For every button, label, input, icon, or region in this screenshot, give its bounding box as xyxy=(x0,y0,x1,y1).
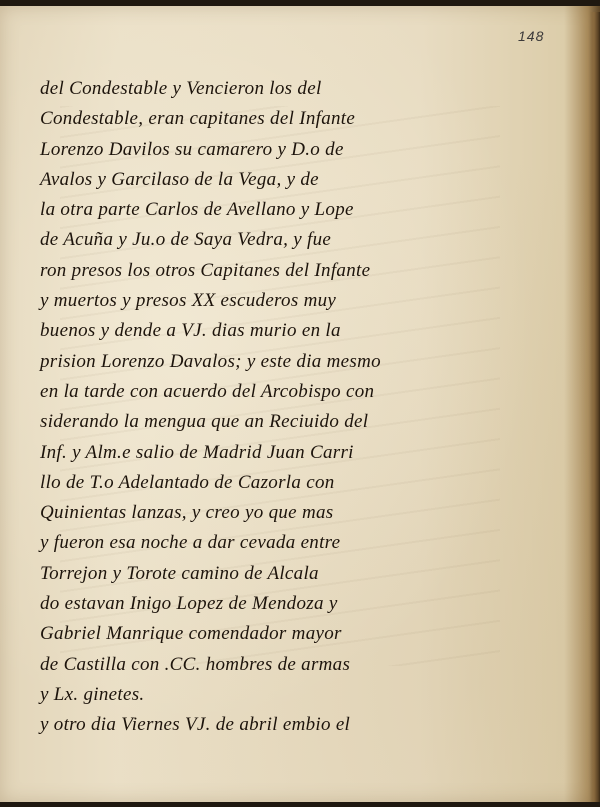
text-line: prision Lorenzo Davalos; y este dia mesm… xyxy=(40,347,520,377)
text-line: y fueron esa noche a dar cevada entre xyxy=(40,528,520,558)
text-line: Gabriel Manrique comendador mayor xyxy=(40,619,520,649)
manuscript-page: 148 del Condestable y Vencieron los del … xyxy=(0,6,600,802)
text-line: Lorenzo Davilos su camarero y D.o de xyxy=(40,135,520,165)
text-line: llo de T.o Adelantado de Cazorla con xyxy=(40,468,520,498)
text-line: buenos y dende a VJ. dias murio en la xyxy=(40,316,520,346)
text-line: y otro dia Viernes VJ. de abril embio el xyxy=(40,710,520,740)
text-line: Quinientas lanzas, y creo yo que mas xyxy=(40,498,520,528)
text-line: de Acuña y Ju.o de Saya Vedra, y fue xyxy=(40,225,520,255)
text-line: siderando la mengua que an Reciuido del xyxy=(40,407,520,437)
text-line: Torrejon y Torote camino de Alcala xyxy=(40,559,520,589)
text-line: Inf. y Alm.e salio de Madrid Juan Carri xyxy=(40,438,520,468)
scan-bottom-edge xyxy=(0,802,600,807)
text-line: Avalos y Garcilaso de la Vega, y de xyxy=(40,165,520,195)
text-line: del Condestable y Vencieron los del xyxy=(40,74,520,104)
handwritten-text-block: del Condestable y Vencieron los del Cond… xyxy=(40,74,520,741)
text-line: la otra parte Carlos de Avellano y Lope xyxy=(40,195,520,225)
text-line: ron presos los otros Capitanes del Infan… xyxy=(40,256,520,286)
page-binding-edge xyxy=(590,12,600,807)
text-line: de Castilla con .CC. hombres de armas xyxy=(40,650,520,680)
folio-number: 148 xyxy=(518,28,544,44)
text-line: y Lx. ginetes. xyxy=(40,680,520,710)
text-line: Condestable, eran capitanes del Infante xyxy=(40,104,520,134)
text-line: en la tarde con acuerdo del Arcobispo co… xyxy=(40,377,520,407)
text-line: y muertos y presos XX escuderos muy xyxy=(40,286,520,316)
text-line: do estavan Inigo Lopez de Mendoza y xyxy=(40,589,520,619)
